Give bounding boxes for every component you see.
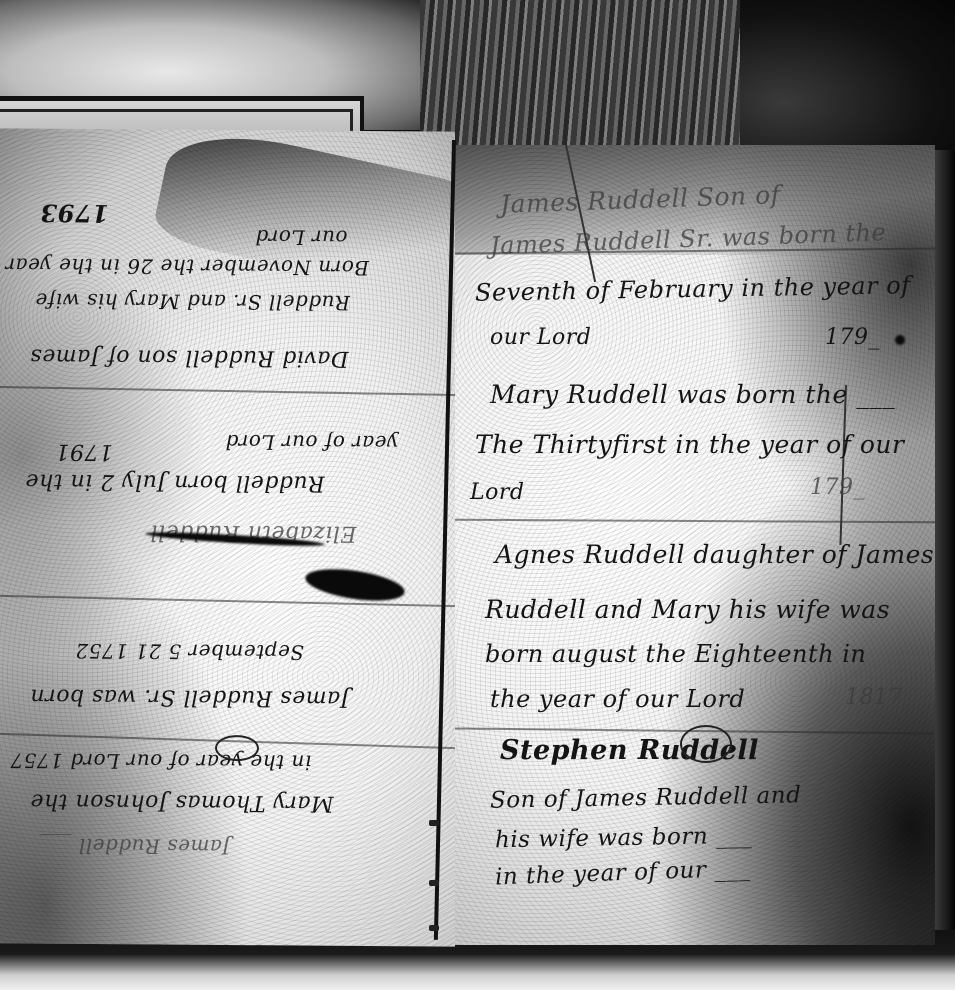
entry-line: year of our Lord <box>225 430 398 455</box>
entry-line: Mary Thomas Johnson the <box>30 789 334 816</box>
entry-line: The Thirtyfirst in the year of our <box>475 430 904 459</box>
entry-line: the year of our Lord <box>490 685 745 713</box>
binding-stitch <box>429 880 439 886</box>
entry-year: 1817 <box>845 685 903 710</box>
entry-line: Seventh of February in the year of <box>475 271 911 307</box>
entry-year: 1791 <box>55 439 113 464</box>
entry-line: September 5 21 1752 <box>75 639 304 665</box>
entry-line: Ruddell born July 2 in the <box>25 469 325 496</box>
entry-line: Ruddell Sr. and Mary his wife <box>35 289 350 315</box>
entry-line: his wife was born ___ <box>495 823 752 853</box>
entry-line: our Lord <box>490 325 591 350</box>
entry-year: 1793 <box>40 199 109 228</box>
entry-line: James Ruddell ___ <box>40 834 230 859</box>
entry-line: David Ruddell son of James <box>30 344 348 371</box>
pen-flourish <box>215 735 259 761</box>
entry-line: Son of James Ruddell and <box>490 782 802 813</box>
binding-stitch <box>429 925 439 931</box>
left-page: our Lord 1793 Born November the 26 in th… <box>0 128 455 946</box>
scanned-document: our Lord 1793 Born November the 26 in th… <box>0 0 955 990</box>
entry-line: in the year of our Lord 1757 <box>10 748 311 774</box>
entry-line: Lord <box>470 480 524 505</box>
entry-line: Agnes Ruddell daughter of James <box>495 540 934 569</box>
entry-line: our Lord <box>255 225 348 250</box>
ink-spot <box>895 335 905 345</box>
pen-flourish <box>680 725 732 763</box>
entry-line: in the year of our ___ <box>495 856 751 891</box>
entry-year: 179_ <box>810 475 865 500</box>
entry-year: 179_ <box>825 325 880 350</box>
ruled-line <box>0 386 455 396</box>
ink-smudge <box>304 564 407 606</box>
right-page: James Ruddell Son of James Ruddell Sr. w… <box>455 145 935 945</box>
binding-stitch <box>429 820 439 826</box>
ruled-line <box>455 519 935 524</box>
book-cover-edge <box>420 0 750 150</box>
entry-line: Born November the 26 in the year <box>5 253 369 280</box>
entry-line: Ruddell and Mary his wife was <box>485 595 890 624</box>
entry-line: James Ruddell Sr. was born <box>30 684 350 711</box>
entry-line: born august the Eighteenth in <box>485 640 866 668</box>
entry-line: Mary Ruddell was born the ___ <box>490 380 895 409</box>
